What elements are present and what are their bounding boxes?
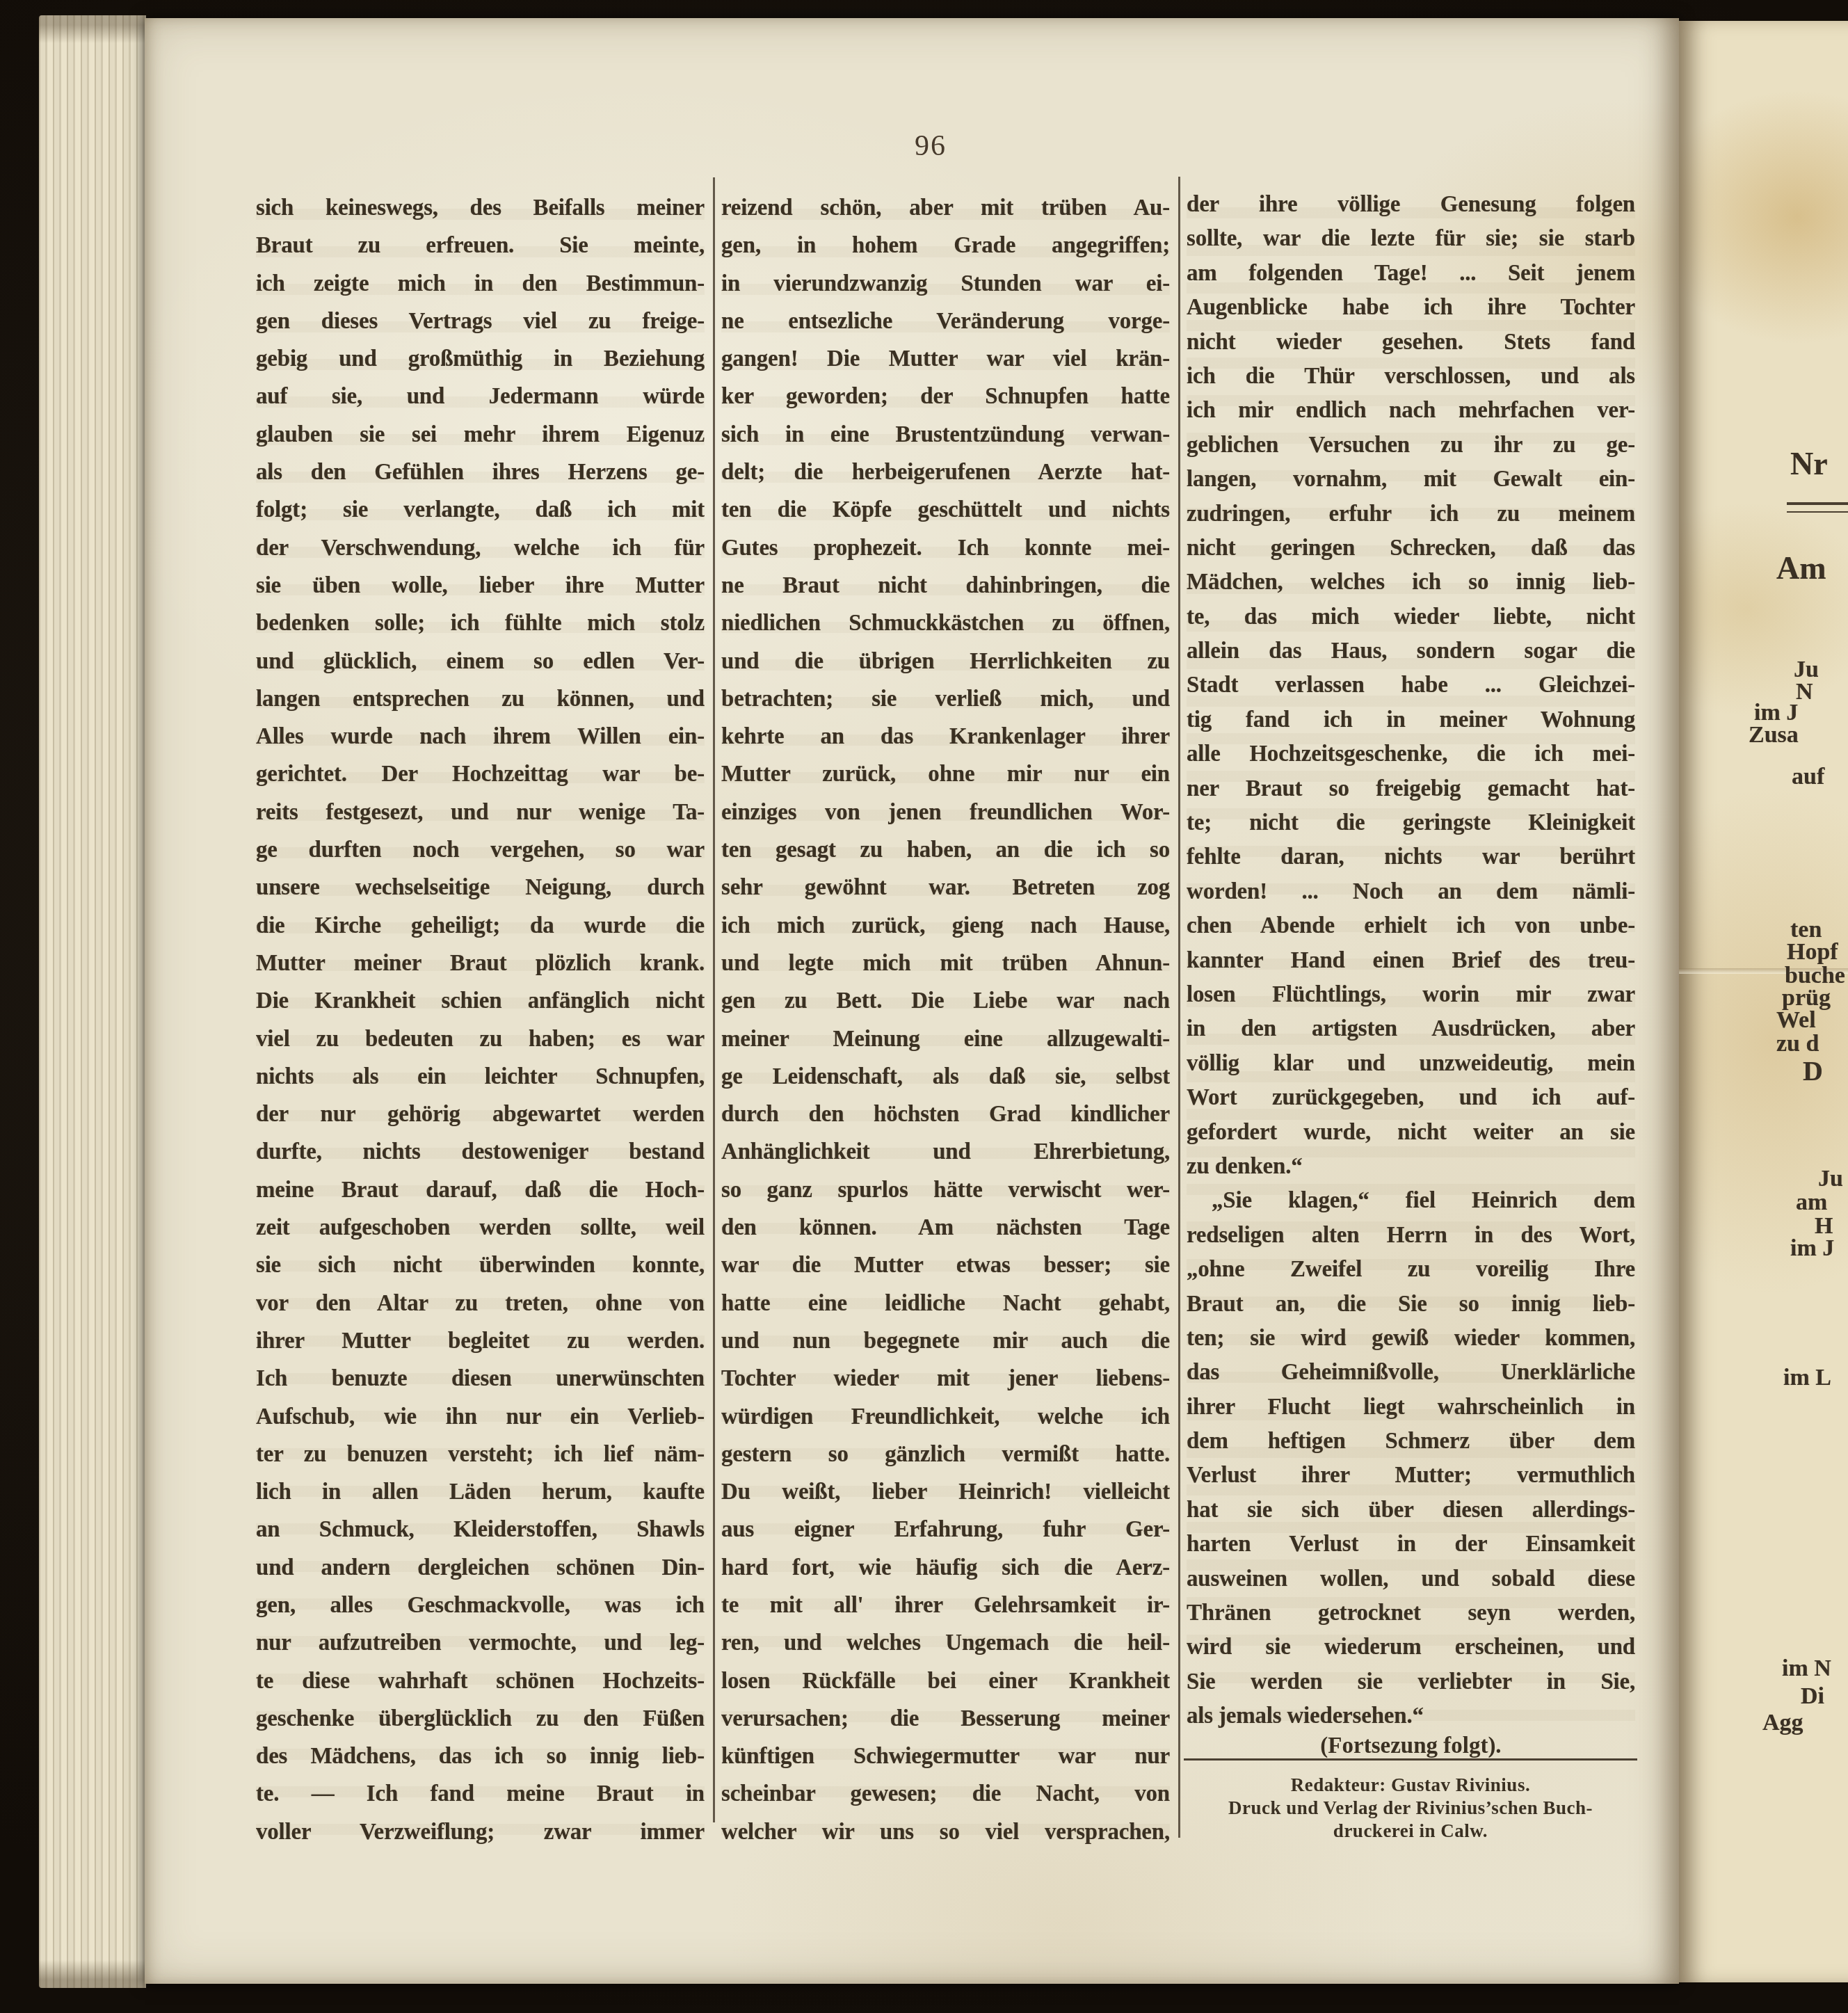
next-page-text-fragment: Nr [1790, 445, 1828, 482]
text-line: und nun begegnete mir auch die [721, 1322, 1170, 1360]
text-line: zeit aufgeschoben werden sollte, weil [256, 1209, 705, 1246]
text-column-3: der ihre völlige Genesung folgensollte, … [1187, 188, 1635, 1734]
text-line: kehrte an das Krankenlager ihrer [721, 718, 1170, 755]
text-line: Braut zu erfreuen. Sie meinte, [256, 227, 705, 264]
text-line: reizend schön, aber mit trüben Au- [721, 189, 1170, 227]
text-line: meine Braut darauf, daß die Hoch- [256, 1171, 705, 1209]
text-line: gebig und großmüthig in Beziehung [256, 340, 705, 378]
text-line: Verlust ihrer Mutter; vermuthlich [1187, 1459, 1635, 1493]
text-line: „ohne Zweifel zu voreilig Ihre [1187, 1253, 1635, 1287]
text-line: folgt; sie verlangte, daß ich mit [256, 491, 705, 529]
text-line: Die Krankheit schien anfänglich nicht [256, 982, 705, 1020]
text-line: nur aufzutreiben vermochte, und leg- [256, 1624, 705, 1662]
text-line: in vierundzwanzig Stunden war ei- [721, 265, 1170, 303]
page-number: 96 [875, 129, 986, 163]
text-line: der Verschwendung, welche ich für [256, 529, 705, 567]
text-line: geschenke überglücklich zu den Füßen [256, 1700, 705, 1738]
text-column-2: reizend schön, aber mit trüben Au-gen, i… [721, 189, 1170, 1851]
continuation-note: (Fortsezung folgt). [1187, 1733, 1635, 1759]
text-line: als jemals wiedersehen.“ [1187, 1699, 1635, 1733]
text-line: geblichen Versuchen zu ihr zu ge- [1187, 428, 1635, 463]
text-line: hat sie sich über diesen allerdings- [1187, 1493, 1635, 1527]
text-line: ten gesagt zu haben, an die ich so [721, 831, 1170, 869]
text-line: würdigen Freundlichkeit, welche ich [721, 1398, 1170, 1436]
text-line: scheinbar gewesen; die Nacht, von [721, 1775, 1170, 1813]
text-line: Braut an, die Sie so innig lieb- [1187, 1288, 1635, 1322]
text-line: Wort zurückgegeben, und ich auf- [1187, 1081, 1635, 1115]
next-page-text-fragment: Zusa [1749, 722, 1799, 748]
text-line: hatte eine leidliche Nacht gehabt, [721, 1285, 1170, 1322]
text-line: delt; die herbeigerufenen Aerzte hat- [721, 454, 1170, 491]
imprint: Redakteur: Gustav Rivinius. Druck und Ve… [1184, 1774, 1637, 1843]
text-line: Gutes prophezeit. Ich konnte mei- [721, 529, 1170, 567]
book-page-edges-stack [39, 15, 146, 1988]
text-line: langen, vornahm, mit Gewalt ein- [1187, 463, 1635, 497]
text-line: welcher wir uns so viel versprachen, [721, 1813, 1170, 1851]
next-page-text-fragment: D [1803, 1054, 1823, 1087]
next-page-text-fragment: N [1796, 679, 1813, 705]
text-line: losen Rückfälle bei einer Krankheit [721, 1662, 1170, 1700]
text-line: und legte mich mit trüben Ahnun- [721, 945, 1170, 982]
text-line: nicht wieder gesehen. Stets fand [1187, 326, 1635, 360]
text-line: hard fort, wie häufig sich die Aerz- [721, 1549, 1170, 1587]
text-line: verursachen; die Besserung meiner [721, 1700, 1170, 1738]
text-line: nichts als ein leichter Schnupfen, [256, 1058, 705, 1096]
imprint-rule [1184, 1758, 1637, 1761]
text-line: zu denken.“ [1187, 1150, 1635, 1184]
text-line: gestern so gänzlich vermißt hatte. [721, 1436, 1170, 1473]
text-line: auf sie, und Jedermann würde [256, 378, 705, 415]
text-line: betrachten; sie verließ mich, und [721, 680, 1170, 718]
text-line: der ihre völlige Genesung folgen [1187, 188, 1635, 222]
text-line: sie sich nicht überwinden konnte, [256, 1246, 705, 1284]
text-line: langen entsprechen zu können, und [256, 680, 705, 718]
text-line: an Schmuck, Kleiderstoffen, Shawls [256, 1511, 705, 1548]
imprint-city-line: druckerei in Calw. [1184, 1820, 1637, 1843]
newspaper-page: 96 sich keineswegs, des Beifalls meinerB… [145, 18, 1679, 1984]
text-line: ausweinen wollen, und sobald diese [1187, 1562, 1635, 1596]
next-page-text-fragment: auf [1792, 764, 1824, 790]
text-line: ker geworden; der Schnupfen hatte [721, 378, 1170, 415]
text-line: viel zu bedeuten zu haben; es war [256, 1020, 705, 1058]
text-column-1: sich keineswegs, des Beifalls meinerBrau… [256, 189, 705, 1851]
column-divider-rule-1 [713, 177, 715, 1822]
text-line: ren, und welches Ungemach die heil- [721, 1624, 1170, 1662]
next-page-text-fragment: zu d [1776, 1031, 1819, 1057]
text-line: das Geheimnißvolle, Unerklärliche [1187, 1356, 1635, 1390]
text-line: so ganz spurlos hätte verwischt wer- [721, 1171, 1170, 1209]
text-line: Alles wurde nach ihrem Willen ein- [256, 718, 705, 755]
next-page-text-fragment: Am [1776, 550, 1826, 586]
text-line: ihrer Mutter begleitet zu werden. [256, 1322, 705, 1360]
text-line: die Kirche geheiligt; da wurde die [256, 907, 705, 945]
text-line: Sie werden sie verliebter in Sie, [1187, 1665, 1635, 1699]
next-page-text-fragment: Wel [1776, 1007, 1816, 1034]
text-line: ten die Köpfe geschüttelt und nichts [721, 491, 1170, 529]
text-line: und die übrigen Herrlichkeiten zu [721, 643, 1170, 680]
text-line: sollte, war die lezte für sie; sie starb [1187, 222, 1635, 256]
text-line: und glücklich, einem so edlen Ver- [256, 643, 705, 680]
text-line: gen zu Bett. Die Liebe war nach [721, 982, 1170, 1020]
text-line: te, das mich wieder liebte, nicht [1187, 600, 1635, 634]
text-line: ne entsezliche Veränderung vorge- [721, 303, 1170, 340]
text-line: gerichtet. Der Hochzeittag war be- [256, 755, 705, 793]
text-line: des Mädchens, das ich so innig lieb- [256, 1738, 705, 1775]
text-line: Anhänglichkeit und Ehrerbietung, [721, 1133, 1170, 1171]
text-line: gen, in hohem Grade angegriffen; [721, 227, 1170, 264]
next-page-text-fragment: im N [1782, 1655, 1831, 1682]
text-line: und andern dergleichen schönen Din- [256, 1549, 705, 1587]
next-page-text-fragment: Ju [1818, 1166, 1843, 1192]
text-line: ner Braut so freigebig gemacht hat- [1187, 772, 1635, 806]
text-line: ihrer Flucht liegt wahrscheinlich in [1187, 1390, 1635, 1425]
imprint-editor-line: Redakteur: Gustav Rivinius. [1184, 1774, 1637, 1797]
text-line: in den artigsten Ausdrücken, aber [1187, 1012, 1635, 1046]
text-line: allein das Haus, sondern sogar die [1187, 634, 1635, 668]
text-line: unsere wechselseitige Neigung, durch [256, 869, 705, 906]
text-line: durfte, nichts destoweniger bestand [256, 1133, 705, 1171]
text-line: kannter Hand einen Brief des treu- [1187, 944, 1635, 978]
text-line: harten Verlust in der Einsamkeit [1187, 1527, 1635, 1562]
text-line: alle Hochzeitsgeschenke, die ich mei- [1187, 737, 1635, 771]
text-line: tig fand ich in meiner Wohnung [1187, 703, 1635, 737]
text-line: Stadt verlassen habe ... Gleichzei- [1187, 668, 1635, 703]
text-line: voller Verzweiflung; zwar immer [256, 1813, 705, 1851]
next-page-edge: NrAmJuNim JZusaauftenHopfbucheprügWelzu … [1679, 21, 1848, 1982]
text-line: redseligen alten Herrn in des Wort, [1187, 1219, 1635, 1253]
text-line: durch den höchsten Grad kindlicher [721, 1096, 1170, 1133]
text-line: vor den Altar zu treten, ohne von [256, 1285, 705, 1322]
text-line: am folgenden Tage! ... Seit jenem [1187, 257, 1635, 291]
text-line: sehr gewöhnt war. Betreten zog [721, 869, 1170, 906]
text-line: wird sie wiederum erscheinen, und [1187, 1630, 1635, 1665]
text-line: gangen! Die Mutter war viel krän- [721, 340, 1170, 378]
text-line: Du weißt, lieber Heinrich! vielleicht [721, 1473, 1170, 1511]
text-line: te mit all' ihrer Gelehrsamkeit ir- [721, 1587, 1170, 1624]
text-line: der nur gehörig abgewartet werden [256, 1096, 705, 1133]
text-line: war die Mutter etwas besser; sie [721, 1246, 1170, 1284]
text-line: te diese wahrhaft schönen Hochzeits- [256, 1662, 705, 1700]
text-line: Aufschub, wie ihn nur ein Verlieb- [256, 1398, 705, 1436]
text-line: ich mich zurück, gieng nach Hause, [721, 907, 1170, 945]
text-line: ter zu benuzen versteht; ich lief näm- [256, 1436, 705, 1473]
text-line: Mutter meiner Braut plözlich krank. [256, 945, 705, 982]
text-line: reits festgesezt, und nur wenige Ta- [256, 794, 705, 831]
text-line: Mutter zurück, ohne mir nur ein [721, 755, 1170, 793]
text-line: lich in allen Läden herum, kaufte [256, 1473, 705, 1511]
text-line: Tochter wieder mit jener liebens- [721, 1360, 1170, 1397]
text-line: zudringen, erfuhr ich zu meinem [1187, 497, 1635, 531]
text-line: gen dieses Vertrags viel zu freige- [256, 303, 705, 340]
text-line: ten; sie wird gewiß wieder kommen, [1187, 1322, 1635, 1356]
next-page-text-fragment: Hopf [1787, 939, 1838, 965]
text-line: sich in eine Brustentzündung verwan- [721, 416, 1170, 454]
text-line: sie üben wolle, lieber ihre Mutter [256, 567, 705, 604]
text-line: chen Abende erhielt ich von unbe- [1187, 909, 1635, 943]
text-line: sich keineswegs, des Beifalls meiner [256, 189, 705, 227]
text-line: dem heftigen Schmerz über dem [1187, 1425, 1635, 1459]
text-line: Augenblicke habe ich ihre Tochter [1187, 291, 1635, 325]
next-page-text-fragment: im L [1783, 1365, 1831, 1391]
text-line: bedenken solle; ich fühlte mich stolz [256, 604, 705, 642]
text-line: einziges von jenen freundlichen Wor- [721, 794, 1170, 831]
text-line: den können. Am nächsten Tage [721, 1209, 1170, 1246]
text-line: ich zeigte mich in den Bestimmun- [256, 265, 705, 303]
next-page-text-fragment: im J [1790, 1235, 1834, 1262]
next-page-header-rule [1787, 502, 1848, 513]
text-line: aus eigner Erfahrung, fuhr Ger- [721, 1511, 1170, 1548]
text-line: nicht geringen Schrecken, daß das [1187, 531, 1635, 566]
text-line: völlig klar und unzweideutig, mein [1187, 1047, 1635, 1081]
next-page-text-fragment: Agg [1762, 1710, 1803, 1736]
text-line: te; nicht die geringste Kleinigkeit [1187, 806, 1635, 840]
text-line: künftigen Schwiegermutter war nur [721, 1738, 1170, 1775]
text-line: als den Gefühlen ihres Herzens ge- [256, 454, 705, 491]
text-line: Ich benuzte diesen unerwünschten [256, 1360, 705, 1397]
text-line: meiner Meinung eine allzugewalti- [721, 1020, 1170, 1058]
text-line: losen Flüchtlings, worin mir zwar [1187, 978, 1635, 1012]
text-line: ne Braut nicht dahinbringen, die [721, 567, 1170, 604]
next-page-text-fragment: Di [1801, 1683, 1824, 1710]
text-line: ge durften noch vergehen, so war [256, 831, 705, 869]
imprint-publisher-line: Druck und Verlag der Rivinius’schen Buch… [1184, 1797, 1637, 1820]
text-line: „Sie klagen,“ fiel Heinrich dem [1187, 1184, 1635, 1218]
text-line: ich die Thür verschlossen, und als [1187, 360, 1635, 394]
text-line: fehlte daran, nichts war berührt [1187, 840, 1635, 874]
text-line: gen, alles Geschmackvolle, was ich [256, 1587, 705, 1624]
text-line: Thränen getrocknet seyn werden, [1187, 1596, 1635, 1630]
text-line: te. — Ich fand meine Braut in [256, 1775, 705, 1813]
text-line: glauben sie sei mehr ihrem Eigenuz [256, 416, 705, 454]
text-line: gefordert wurde, nicht weiter an sie [1187, 1116, 1635, 1150]
scanned-newspaper-page: 96 sich keineswegs, des Beifalls meinerB… [0, 0, 1848, 2013]
text-line: ge Leidenschaft, als daß sie, selbst [721, 1058, 1170, 1096]
next-page-text-fragment: am [1796, 1189, 1827, 1216]
text-line: worden! ... Noch an dem nämli- [1187, 875, 1635, 909]
column-divider-rule-2 [1178, 177, 1180, 1838]
text-line: Mädchen, welches ich so innig lieb- [1187, 566, 1635, 600]
text-line: ich mir endlich nach mehrfachen ver- [1187, 394, 1635, 428]
text-line: niedlichen Schmuckkästchen zu öffnen, [721, 604, 1170, 642]
